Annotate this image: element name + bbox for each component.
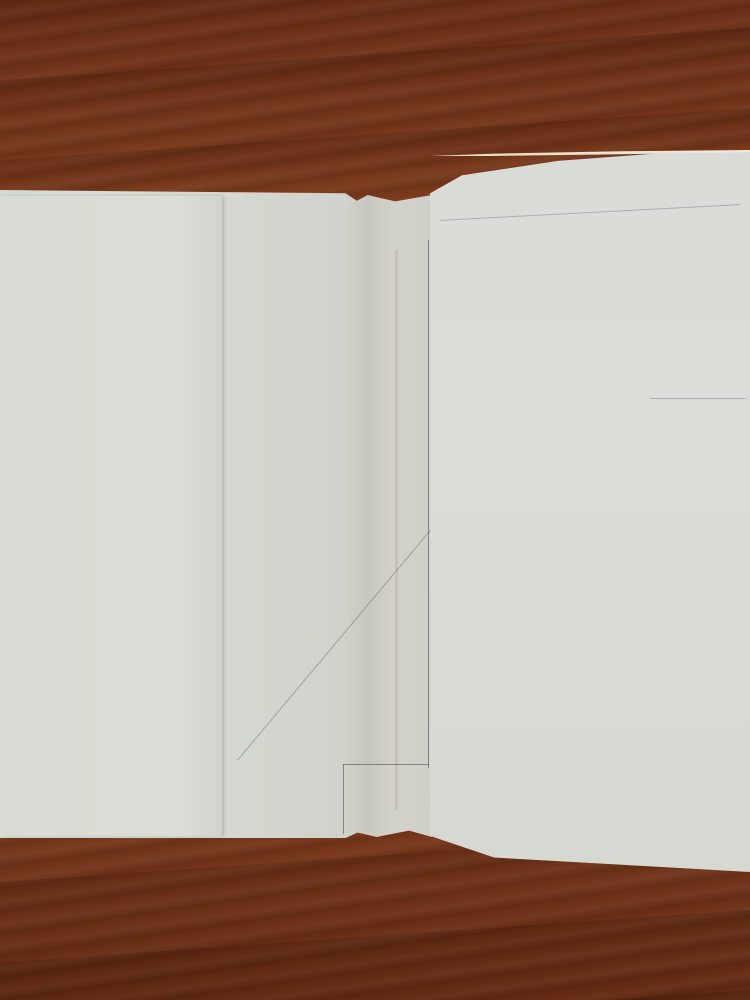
pencil-line-mid (650, 398, 745, 399)
folded-flap-sheet (0, 196, 222, 836)
pencil-line-box-top (343, 764, 429, 765)
front-panel-sheet (430, 150, 750, 872)
photo-scene: Photo of the blank interior of an old bo… (0, 0, 750, 1000)
pencil-line-box-left (343, 764, 344, 834)
spine-strip (340, 195, 432, 837)
spine-crease (395, 250, 398, 810)
pencil-line-vertical (428, 240, 429, 768)
